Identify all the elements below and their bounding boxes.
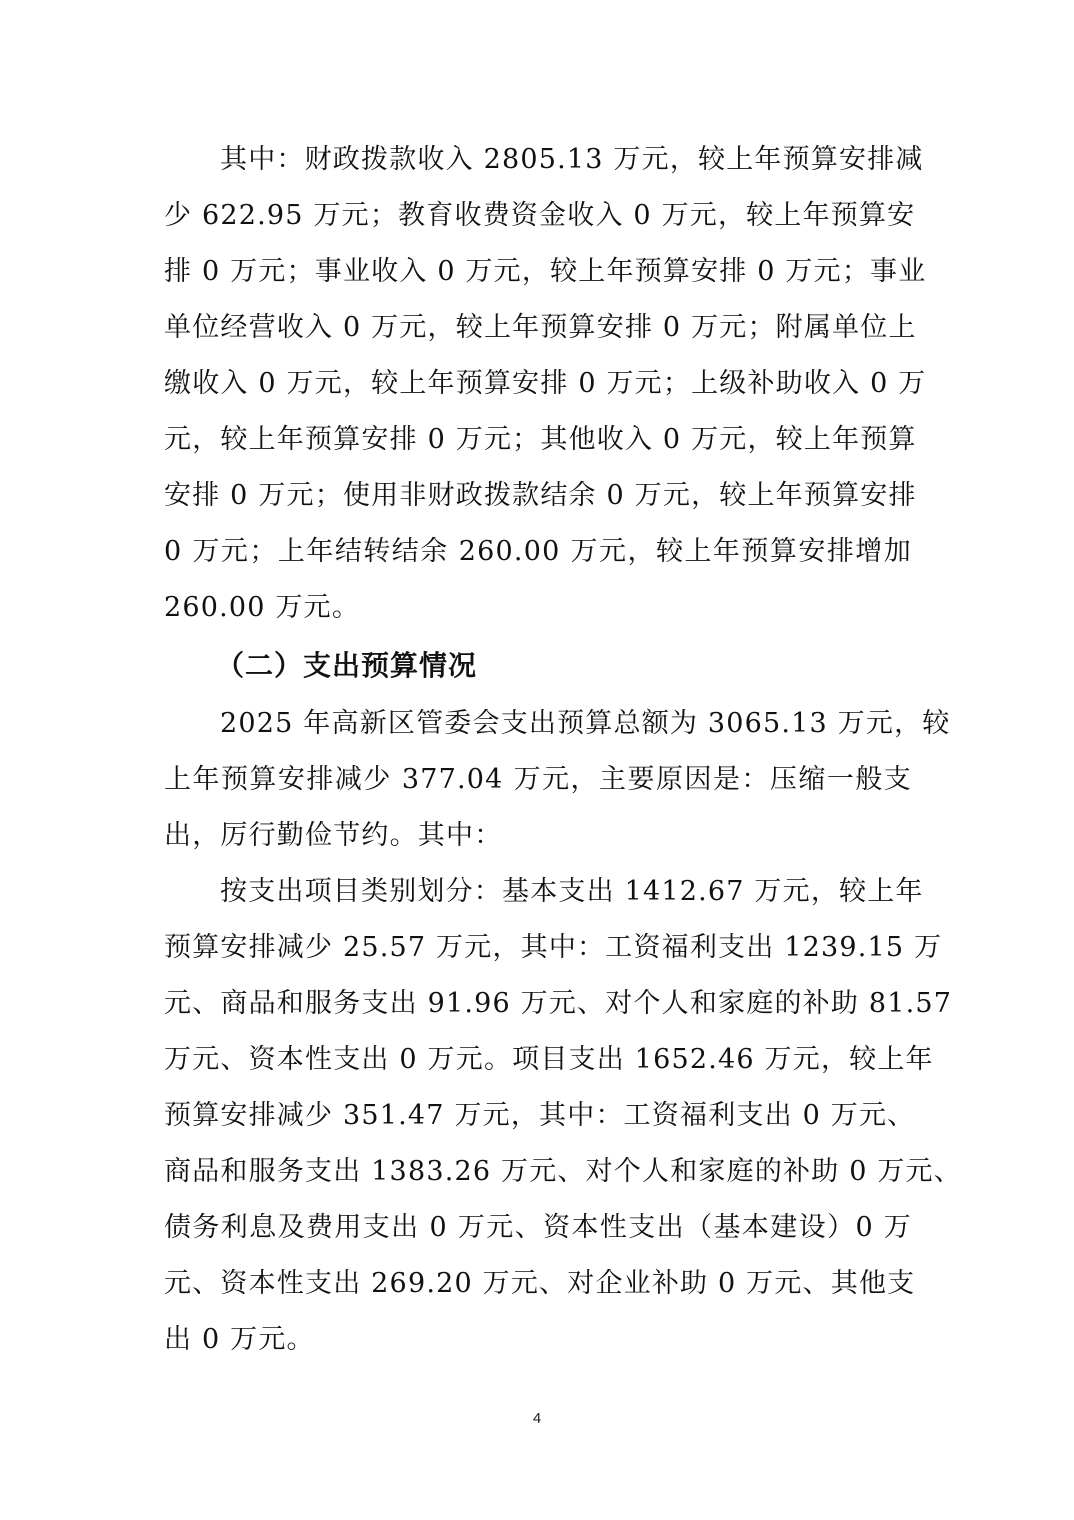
expenditure-detail-line: 元、商品和服务支出 91.96 万元、对个人和家庭的补助 81.57 [164,984,912,1024]
page-number: 4 [527,1410,547,1427]
expenditure-summary-line: 上年预算安排减少 377.04 万元，主要原因是：压缩一般支 [164,760,912,800]
income-paragraph-line: 0 万元；上年结转结余 260.00 万元，较上年预算安排增加 [164,532,912,572]
income-paragraph-line: 排 0 万元；事业收入 0 万元，较上年预算安排 0 万元；事业 [164,252,912,292]
expenditure-summary-line: 2025 年高新区管委会支出预算总额为 3065.13 万元，较 [220,704,912,744]
expenditure-detail-line: 出 0 万元。 [164,1320,912,1360]
expenditure-detail-line: 万元、资本性支出 0 万元。项目支出 1652.46 万元，较上年 [164,1040,912,1080]
income-paragraph-line: 少 622.95 万元；教育收费资金收入 0 万元，较上年预算安 [164,196,912,236]
expenditure-detail-line: 预算安排减少 25.57 万元，其中：工资福利支出 1239.15 万 [164,928,912,968]
expenditure-detail-line: 元、资本性支出 269.20 万元、对企业补助 0 万元、其他支 [164,1264,912,1304]
income-paragraph-line: 安排 0 万元；使用非财政拨款结余 0 万元，较上年预算安排 [164,476,912,516]
income-paragraph-line: 其中：财政拨款收入 2805.13 万元，较上年预算安排减 [220,140,912,180]
expenditure-summary-line: 出，厉行勤俭节约。其中： [164,816,912,856]
expenditure-detail-line: 商品和服务支出 1383.26 万元、对个人和家庭的补助 0 万元、 [164,1152,912,1192]
income-paragraph-line: 单位经营收入 0 万元，较上年预算安排 0 万元；附属单位上 [164,308,912,348]
income-paragraph-line: 缴收入 0 万元，较上年预算安排 0 万元；上级补助收入 0 万 [164,364,912,404]
expenditure-detail-line: 债务利息及费用支出 0 万元、资本性支出（基本建设）0 万 [164,1208,912,1248]
income-paragraph-line: 元，较上年预算安排 0 万元；其他收入 0 万元，较上年预算 [164,420,912,460]
expenditure-detail-line: 按支出项目类别划分：基本支出 1412.67 万元，较上年 [220,872,912,912]
income-paragraph-line: 260.00 万元。 [164,588,912,628]
expenditure-detail-line: 预算安排减少 351.47 万元，其中：工资福利支出 0 万元、 [164,1096,912,1136]
section-heading-expenditure: （二）支出预算情况 [216,646,477,686]
document-page: 其中：财政拨款收入 2805.13 万元，较上年预算安排减 少 622.95 万… [0,0,1074,1520]
